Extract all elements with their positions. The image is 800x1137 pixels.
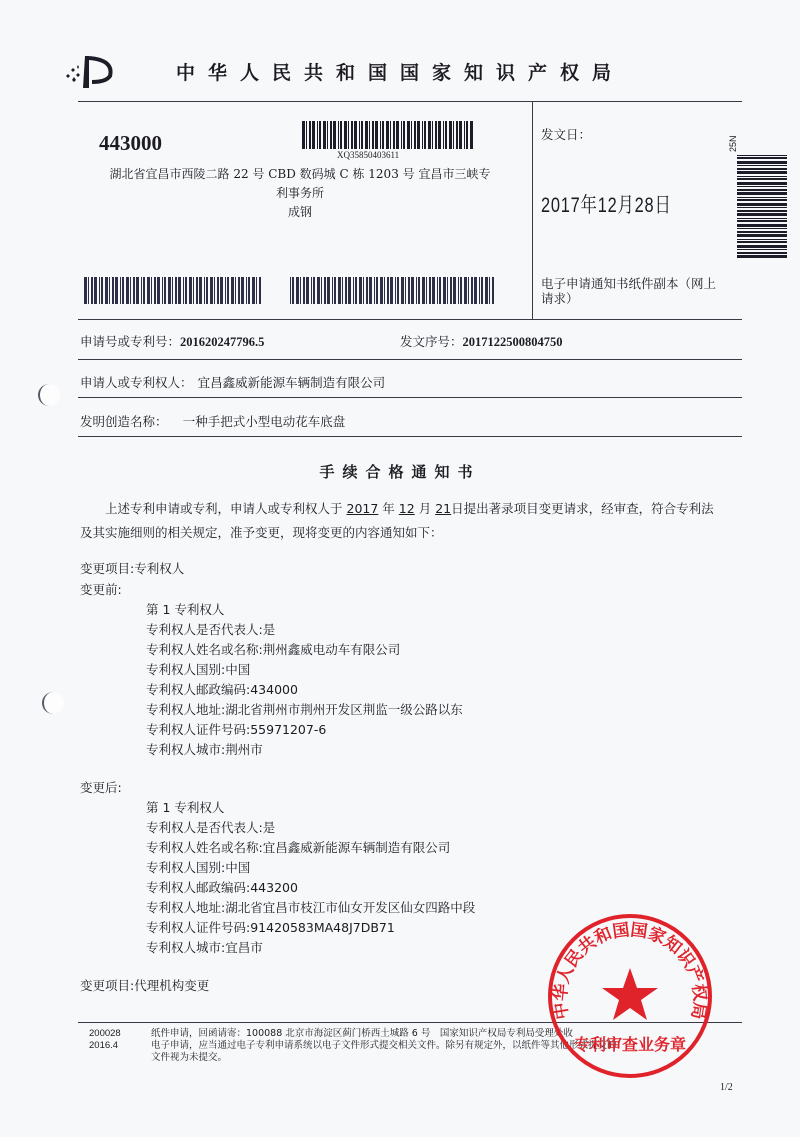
after-label: 变更后: — [80, 778, 122, 796]
vertical-barcode — [737, 155, 787, 260]
recipient-address: 湖北省宜昌市西陵二路 22 号 CBD 数码城 C 栋 1203 号 宜昌市三峡… — [80, 165, 520, 222]
patentee-field: 专利权人地址:湖北省宜昌市枝江市仙女开发区仙女四路中段 — [146, 898, 475, 916]
patentee-field: 专利权人是否代表人:是 — [146, 620, 275, 638]
org-title: 中华人民共和国国家知识产权局 — [176, 58, 624, 85]
invention-name: 一种手把式小型电动花车底盘 — [183, 414, 346, 429]
postal-barcode-left — [84, 277, 262, 304]
patentee-field: 专利权人证件号码:91420583MA48J7DB71 — [146, 918, 395, 936]
page-number: 1/2 — [720, 1082, 733, 1093]
application-number: 201620247796.5 — [180, 335, 264, 349]
patentee-field: 专利权人国别:中国 — [146, 858, 250, 876]
form-version: 2016.4 — [89, 1040, 121, 1052]
address-line: 湖北省宜昌市西陵二路 22 号 CBD 数码城 C 栋 1203 号 宜昌市三峡… — [80, 165, 520, 184]
notice-paragraph: 上述专利申请或专利，申请人或专利权人于 2017 年 12 月 21日提出著录项… — [80, 497, 720, 545]
patentee-field: 专利权人邮政编码:434000 — [146, 680, 298, 698]
request-day: 21 — [435, 501, 451, 516]
year-unit: 年 — [382, 501, 395, 516]
serial-number-row: 发文序号：2017122500804750 — [400, 331, 563, 350]
postal-barcode-right — [290, 277, 495, 304]
invention-label: 发明创造名称： — [80, 414, 168, 429]
serial-number-label: 发文序号： — [400, 334, 463, 349]
barcode-label: XQ35850403611 — [337, 150, 399, 160]
serial-number: 2017122500804750 — [463, 335, 563, 349]
applicant-name: 宜昌鑫威新能源车辆制造有限公司 — [198, 375, 386, 390]
row-divider — [78, 397, 742, 398]
patentee-field: 专利权人城市:荆州市 — [146, 740, 263, 758]
punch-hole — [38, 384, 60, 406]
change-item: 变更项目:专利权人 — [80, 559, 184, 577]
tracking-barcode — [302, 121, 474, 149]
patentee-heading: 第 1 专利权人 — [146, 600, 224, 618]
request-month: 12 — [399, 501, 415, 516]
patentee-field: 专利权人姓名或名称:荆州鑫威电动车有限公司 — [146, 640, 400, 658]
application-number-row: 申请号或专利号：201620247796.5 — [80, 331, 264, 350]
applicant-row: 申请人或专利权人： 宜昌鑫威新能源车辆制造有限公司 — [80, 372, 385, 391]
svg-text:专利审查业务章: 专利审查业务章 — [574, 1035, 686, 1054]
cnipa-logo-icon — [62, 50, 122, 90]
postcode: 443000 — [99, 131, 162, 156]
row-divider — [78, 319, 742, 320]
notice-type: 电子申请通知书纸件副本（网上请求） — [541, 276, 721, 306]
punch-hole — [42, 692, 64, 714]
patentee-field: 专利权人姓名或名称:宜昌鑫威新能源车辆制造有限公司 — [146, 838, 450, 856]
row-divider — [78, 436, 742, 437]
patentee-heading: 第 1 专利权人 — [146, 798, 224, 816]
form-number: 200028 — [89, 1028, 121, 1040]
send-date: 2017年12月28日 — [541, 189, 672, 219]
address-line: 利事务所 — [80, 184, 520, 203]
form-code: 200028 2016.4 — [89, 1028, 121, 1052]
patentee-field: 专利权人邮政编码:443200 — [146, 878, 298, 896]
request-year: 2017 — [347, 501, 379, 516]
patentee-field: 专利权人证件号码:55971207-6 — [146, 720, 326, 738]
side-code: 25N — [728, 135, 738, 152]
column-divider — [532, 101, 533, 319]
patentee-field: 专利权人是否代表人:是 — [146, 818, 275, 836]
patentee-field: 专利权人地址:湖北省荆州市荆州开发区荆监一级公路以东 — [146, 700, 463, 718]
change-item: 变更项目:代理机构变更 — [80, 976, 209, 994]
patentee-field: 专利权人国别:中国 — [146, 660, 250, 678]
application-number-label: 申请号或专利号： — [80, 334, 180, 349]
before-label: 变更前: — [80, 580, 122, 598]
intro-text: 上述专利申请或专利，申请人或专利权人于 — [105, 501, 343, 516]
invention-row: 发明创造名称： 一种手把式小型电动花车底盘 — [80, 411, 345, 430]
header-divider — [78, 101, 742, 102]
row-divider — [78, 359, 742, 360]
patentee-field: 专利权人城市:宜昌市 — [146, 938, 263, 956]
send-date-label: 发文日： — [541, 125, 591, 143]
recipient-name: 成钢 — [80, 203, 520, 222]
notice-title: 手续合格通知书 — [0, 461, 800, 482]
month-unit: 月 — [419, 501, 432, 516]
applicant-label: 申请人或专利权人： — [80, 375, 193, 390]
official-seal-icon: 中华人民共和国国家知识产权局 专利审查业务章 — [546, 912, 714, 1080]
